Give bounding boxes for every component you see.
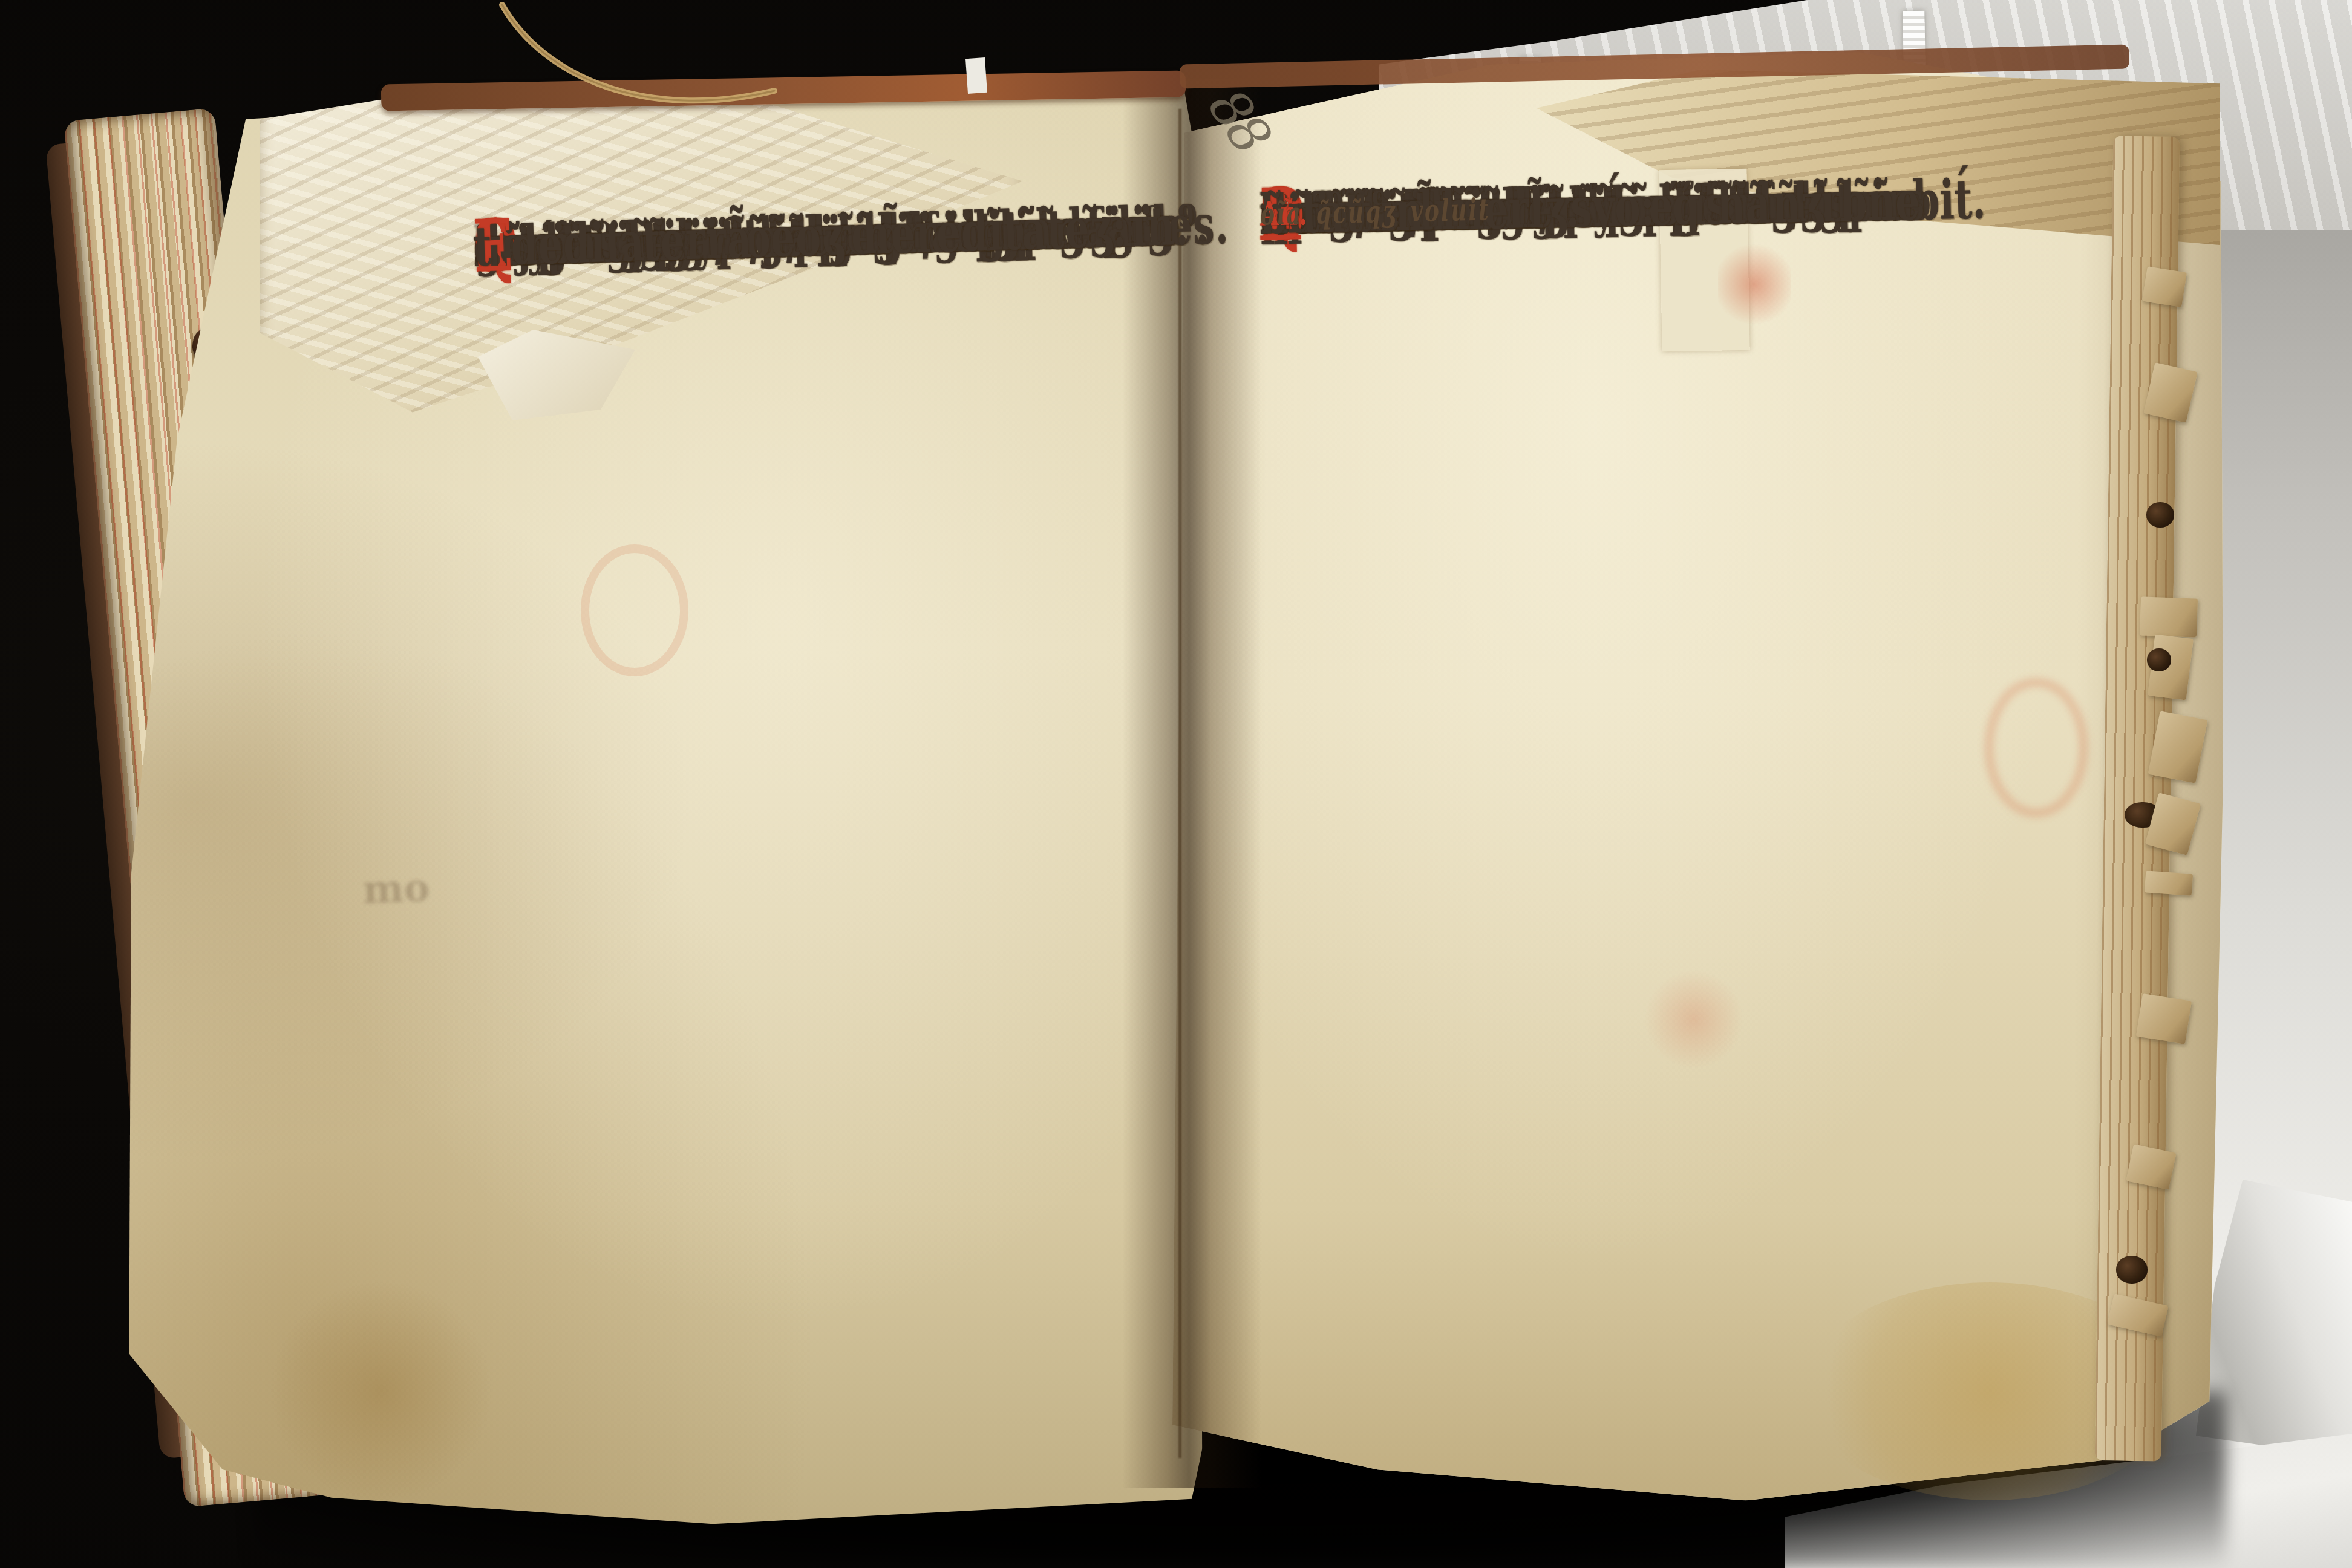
antiphon-incipit: oĩa q̃cũqʒ voluit: [1259, 177, 1491, 249]
gutter-shadow: [1122, 79, 1261, 1488]
ink-showthrough-ghost: mo: [362, 863, 497, 922]
straw-bookmark-cord: [466, 0, 817, 127]
leather-knot: [2116, 1256, 2148, 1284]
rubric-offset-ghost: [1984, 678, 2088, 818]
parchment-stain: [266, 1282, 496, 1500]
index-tab: [2136, 993, 2192, 1044]
paper-sliver: [965, 57, 987, 94]
index-tab: [2145, 871, 2193, 895]
leather-knot: [2147, 648, 2171, 671]
gutter-seam: [1178, 109, 1181, 1458]
rubric-offset-ghost: [1645, 968, 1742, 1071]
index-tab: [2140, 596, 2198, 637]
leather-knot: [2146, 502, 2174, 528]
index-tab: [2142, 266, 2187, 307]
rubric-offset-ghost: [581, 544, 688, 676]
photo-scene: mo 88 b elegit sibi dñs: isrl̃ in posses…: [0, 0, 2352, 1568]
rubric-offset-ghost: [1718, 239, 1791, 330]
